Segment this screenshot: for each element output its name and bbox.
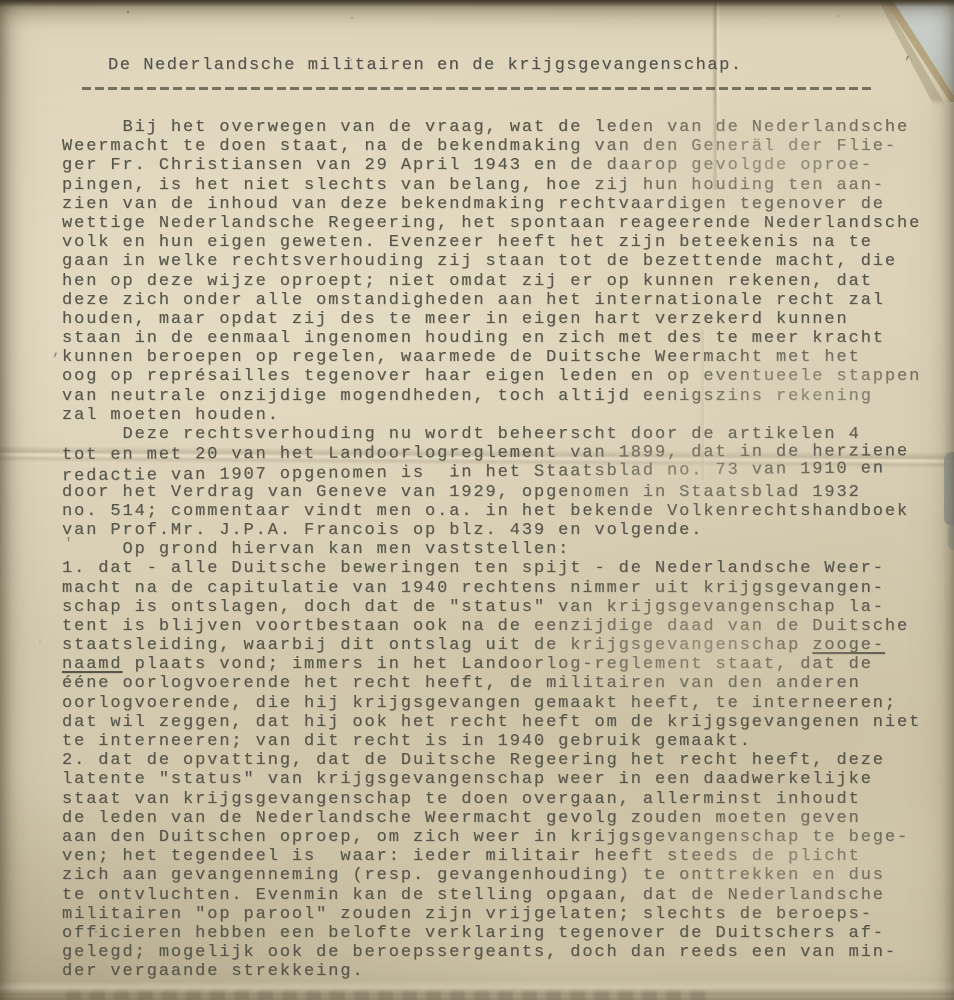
torn-edge-notch-small [948,524,954,550]
text-line: deze zich onder alle omstandigheden aan … [62,291,950,310]
text-line: no. 514; commentaar vindt men o.a. in he… [62,502,950,521]
torn-edge-notch [944,452,954,526]
stray-typed-mark: , [52,343,61,360]
text-segment: plaats vond; immers in het Landoorlog-re… [123,655,873,674]
text-line: officieren hebben een belofte verklaring… [62,924,950,943]
text-line: staan in de eenmaal ingenomen houding en… [62,329,950,348]
underlined-word: naamd [62,655,123,674]
text-line: macht na de capitulatie van 1940 rechten… [62,579,950,598]
text-line: van Prof.Mr. J.P.A. Francois op blz. 439… [62,521,950,540]
text-line: latente "status" van krijgsgevangenschap… [62,770,950,789]
text-line: ven; het tegendeel is waar: ieder milita… [62,847,950,866]
text-line: zien van de inhoud van deze bekendmaking… [62,195,950,214]
text-line: kunnen beroepen op regelen, waarmede de … [62,348,950,367]
torn-corner [878,0,954,102]
text-line: Deze rechtsverhouding nu wordt beheersch… [62,425,950,444]
text-line: wettige Nederlandsche Regeering, het spo… [62,214,950,233]
text-line: ééne oorlogvoerende het recht heeft, de … [62,674,950,693]
stray-typed-mark: ' [64,536,73,553]
text-line: dat wil zeggen, dat hij ook het recht he… [62,713,950,732]
text-line: Op grond hiervan kan men vaststellen: [62,540,950,559]
paper-top-edge [0,0,954,7]
title-dashed-underline [82,87,874,90]
text-line: naamd plaats vond; immers in het Landoor… [62,655,950,674]
text-segment: staatsleiding, waarbij dit ontslag uit d… [62,636,812,655]
text-line: oog op représailles tegenover haar eigen… [62,367,950,386]
underlined-word: zooge- [812,636,885,655]
text-line: militairen "op parool" zouden zijn vrijg… [62,905,950,924]
text-line: hen op deze wijze oproept; niet omdat zi… [62,272,950,291]
text-line: van neutrale onzijdige mogendheden, toch… [62,387,950,406]
text-line: schap is ontslagen, doch dat de "status"… [62,598,950,617]
text-line: de leden van de Nederlandsche Weermacht … [62,809,950,828]
text-line: ger Fr. Christiansen van 29 April 1943 e… [62,156,950,175]
text-line: tent is blijven voortbestaan ook na de e… [62,617,950,636]
text-line: aan den Duitschen oproep, om zich weer i… [62,828,950,847]
text-line: te interneeren; van dit recht is in 1940… [62,732,950,751]
cut-off-text-line [66,991,706,1000]
text-line: gaan in welke rechtsverhouding zij staan… [62,252,950,271]
text-line: Weermacht te doen staat, na de bekendmak… [62,137,950,156]
text-line: der vergaande strekkeing. [62,962,950,981]
text-line: houden, maar opdat zij des te meer in ei… [62,310,950,329]
text-line: Bij het overwegen van de vraag, wat de l… [62,118,950,137]
text-line: oorlogvoerende, die hij krijgsgevangen g… [62,694,950,713]
text-line: zal moeten houden. [62,406,950,425]
text-line: staatsleiding, waarbij dit ontslag uit d… [62,636,950,655]
text-line: staat van krijgsgevangenschap te doen ov… [62,790,950,809]
text-line: pingen, is het niet slechts van belang, … [62,176,950,195]
text-line: zich aan gevangenneming (resp. gevangenh… [62,866,950,885]
text-line: 1. dat - alle Duitsche beweringen ten sp… [62,559,950,578]
text-line: gelegd; mogelijk ook de beroepssergeants… [62,943,950,962]
text-line: door het Verdrag van Geneve van 1929, op… [62,483,950,502]
scanned-document-page: De Nederlandsche militairen en de krijgs… [0,0,954,1000]
text-line: 2. dat de opvatting, dat de Duitsche Reg… [62,751,950,770]
text-line: volk en hun eigen geweten. Evenzeer heef… [62,233,950,252]
text-line: te ontvluchten. Evenmin kan de stelling … [62,886,950,905]
document-title: De Nederlandsche militairen en de krijgs… [108,56,743,75]
document-body: Bij het overwegen van de vraag, wat de l… [62,118,950,981]
